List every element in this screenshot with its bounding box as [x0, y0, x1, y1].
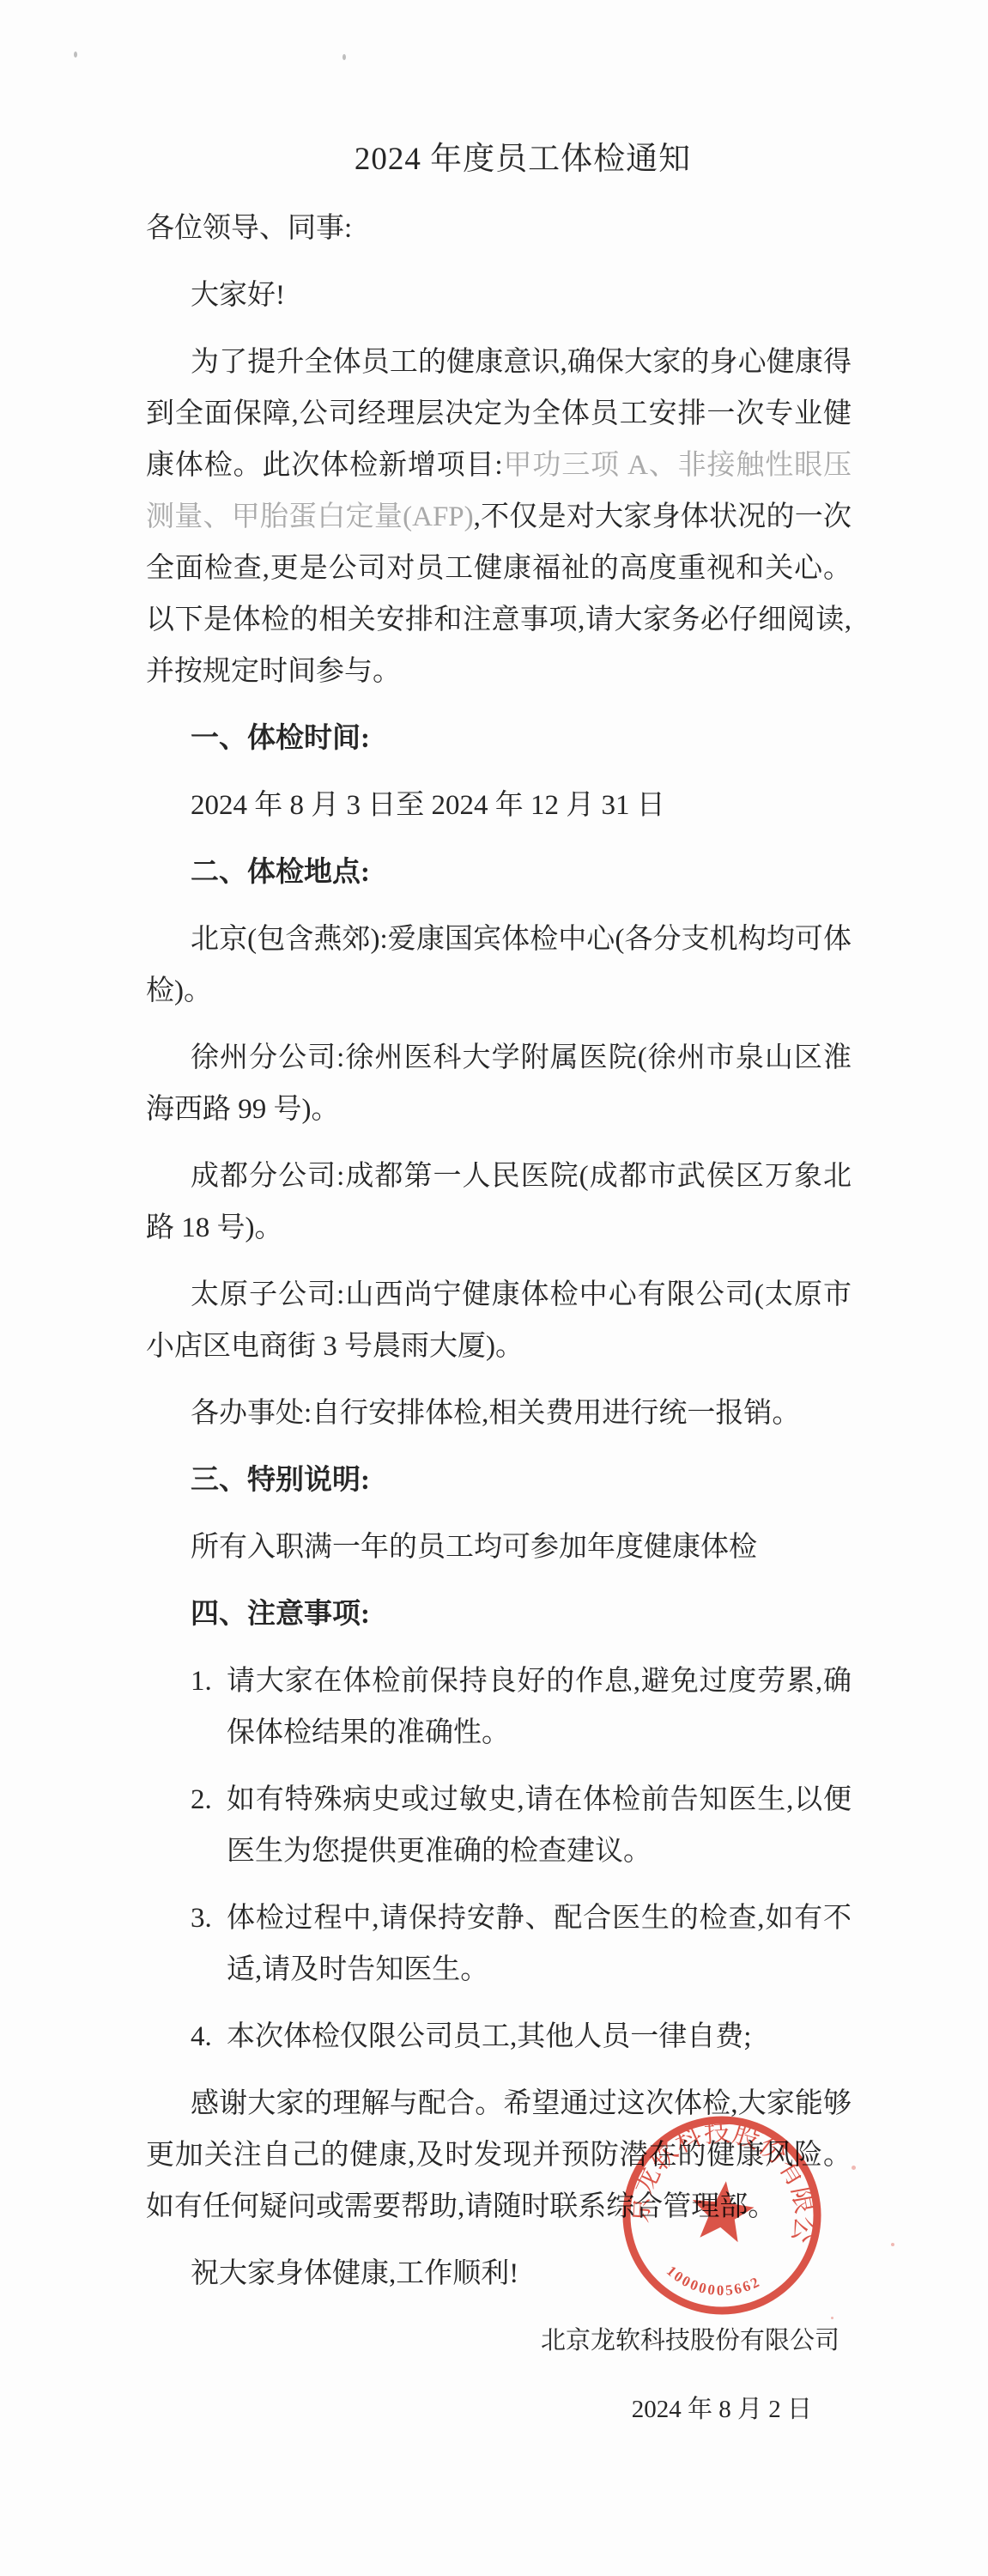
note-item-text: 体检过程中,请保持安静、配合医生的检查,如有不适,请及时告知医生。: [227, 1893, 852, 1996]
company-seal-stamp: 北京龙软科技股份有限公司 1100000056626: [597, 2091, 846, 2340]
section-heading-location: 二、体检地点:: [146, 847, 852, 898]
greeting: 大家好!: [146, 270, 852, 321]
note-item-2: 2. 如有特殊病史或过敏史,请在体检前告知医生,以便医生为您提供更准确的检查建议…: [146, 1774, 852, 1877]
signature-date: 2024 年 8 月 2 日: [146, 2384, 852, 2435]
intro-paragraph: 为了提升全体员工的健康意识,确保大家的身心健康得到全面保障,公司经理层决定为全体…: [146, 337, 852, 697]
note-item-text: 本次体检仅限公司员工,其他人员一律自费;: [227, 2011, 852, 2063]
section-heading-special: 三、特别说明:: [146, 1455, 852, 1506]
ink-speck: [831, 2317, 833, 2319]
checkup-period: 2024 年 8 月 3 日至 2024 年 12 月 31 日: [146, 780, 852, 831]
note-item-4: 4. 本次体检仅限公司员工,其他人员一律自费;: [146, 2011, 852, 2063]
scan-speck: [74, 52, 77, 58]
signature-block: 北京龙软科技股份有限公司 2024 年 8 月 2 日: [146, 2315, 852, 2435]
note-item-3: 3. 体检过程中,请保持安静、配合医生的检查,如有不适,请及时告知医生。: [146, 1893, 852, 1996]
note-item-1: 1. 请大家在体检前保持良好的作息,避免过度劳累,确保体检结果的准确性。: [146, 1656, 852, 1759]
scanned-notice-page: 2024 年度员工体检通知 各位领导、同事: 大家好! 为了提升全体员工的健康意…: [0, 0, 988, 2576]
salutation: 各位领导、同事:: [146, 203, 852, 254]
notice-body: 2024 年度员工体检通知 各位领导、同事: 大家好! 为了提升全体员工的健康意…: [146, 136, 852, 2435]
scan-speck: [342, 54, 346, 60]
note-item-text: 请大家在体检前保持良好的作息,避免过度劳累,确保体检结果的准确性。: [227, 1656, 852, 1759]
location-chengdu: 成都分公司:成都第一人民医院(成都市武侯区万象北路 18 号)。: [146, 1151, 852, 1254]
location-xuzhou: 徐州分公司:徐州医科大学附属医院(徐州市泉山区淮海西路 99 号)。: [146, 1032, 852, 1135]
note-item-text: 如有特殊病史或过敏史,请在体检前告知医生,以便医生为您提供更准确的检查建议。: [227, 1774, 852, 1877]
note-item-number: 1.: [191, 1656, 227, 1759]
seal-star-icon: [688, 2178, 757, 2244]
ink-speck: [891, 2243, 894, 2246]
notice-title: 2024 年度员工体检通知: [146, 136, 852, 184]
location-beijing: 北京(包含燕郊):爱康国宾体检中心(各分支机构均可体检)。: [146, 914, 852, 1017]
section-heading-notes: 四、注意事项:: [146, 1589, 852, 1640]
note-item-number: 3.: [191, 1893, 227, 1996]
note-item-number: 4.: [191, 2011, 227, 2063]
section-heading-time: 一、体检时间:: [146, 713, 852, 764]
ink-speck: [852, 2166, 856, 2170]
location-offices: 各办事处:自行安排体检,相关费用进行统一报销。: [146, 1388, 852, 1439]
location-taiyuan: 太原子公司:山西尚宁健康体检中心有限公司(太原市小店区电商街 3 号晨雨大厦)。: [146, 1269, 852, 1372]
special-note: 所有入职满一年的员工均可参加年度健康体检: [146, 1522, 852, 1573]
note-item-number: 2.: [191, 1774, 227, 1877]
